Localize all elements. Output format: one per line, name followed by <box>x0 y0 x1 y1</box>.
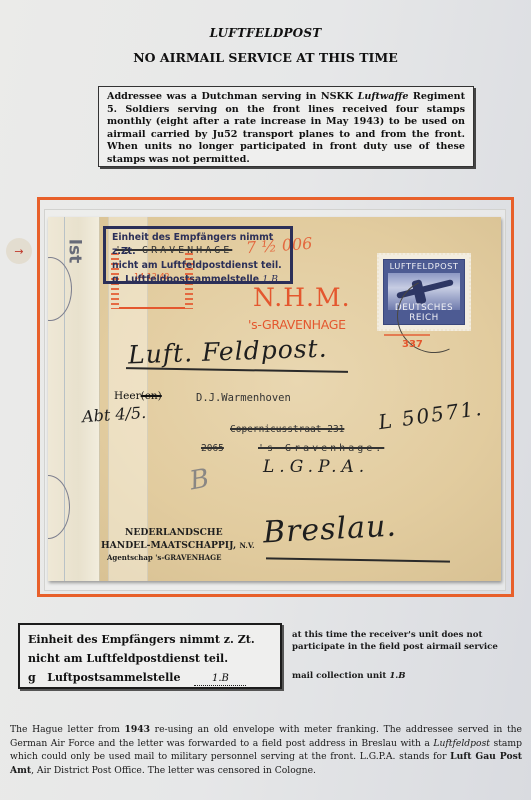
handwritten-luftfeldpost: Luft. Feldpost. <box>128 334 328 370</box>
sender-mark: N.H.M. <box>253 283 351 312</box>
company-line: Agentschap 's-GRAVENHAGE <box>107 553 255 562</box>
description-text: The Hague letter from 1943 re-using an o… <box>10 723 522 777</box>
stamp-top-text: LUFTFELDPOST <box>384 261 464 271</box>
city-struck: 's-Gravenhage. <box>258 443 384 454</box>
salutation-struck: (en) <box>141 390 162 402</box>
envelope: Ist 's-GRAVENHAGE 14 12 42 7 ½ 006 Einhe… <box>48 217 501 581</box>
salutation-text: Heer <box>114 390 141 402</box>
intro-text-box: Addressee was a Dutchman serving in NSKK… <box>98 86 474 167</box>
sender-company: NEDERLANDSCHE HANDEL-MAATSCHAPPIJ, N.V. … <box>101 527 255 562</box>
footer-year: 1943 <box>124 724 150 735</box>
censor-postmark <box>48 475 70 539</box>
caption-prefix: g <box>28 671 36 684</box>
postcode-struck: 2065 <box>201 443 224 454</box>
handstamp-prefix: g <box>112 274 119 285</box>
meter-dash <box>384 334 430 336</box>
translation-text: at this time the receiver's unit does no… <box>292 629 517 653</box>
handwritten-breslau: Breslau. <box>262 509 398 551</box>
arrow-right-icon: → <box>6 238 32 264</box>
footer-italic: Luftfeldpost <box>433 738 490 749</box>
street-struck: Copernicusstraat 231 <box>230 424 344 435</box>
censor-mark: Ist <box>64 239 84 264</box>
page-subtitle: NO AIRMAIL SERVICE AT THIS TIME <box>0 50 531 65</box>
handstamp-line: Einheit des Empfängers nimmt z.Zt. <box>112 231 290 259</box>
company-line: NEDERLANDSCHE <box>125 527 255 538</box>
translation-unit: 1.B <box>389 671 405 681</box>
intro-italic: Luftwaffe <box>358 91 409 102</box>
intro-text-continued: Regiment 5. Soldiers serving on the fron… <box>107 91 465 165</box>
handstamp-caption-box: Einheit des Empfängers nimmt z. Zt. nich… <box>18 623 282 689</box>
handstamp: Einheit des Empfängers nimmt z.Zt. nicht… <box>103 226 293 284</box>
handstamp-text: Luftfeldpostsammelstelle <box>125 274 259 285</box>
caption-line: nicht am Luftfeldpostdienst teil. <box>28 649 280 668</box>
handwritten-fieldpost-number: L 50571. <box>377 396 485 434</box>
censor-postmark <box>48 257 72 321</box>
footer-text: , Air District Post Office. The letter w… <box>31 765 316 776</box>
meter-border <box>119 307 185 309</box>
handwritten-underline <box>126 367 348 372</box>
handwritten-lgpa: L.G.P.A. <box>263 457 369 477</box>
caption-line: Einheit des Empfängers nimmt z. Zt. <box>28 630 280 649</box>
salutation: Heer(en) <box>114 390 162 402</box>
footer-text: The Hague letter from <box>10 724 124 735</box>
censor-tape: Ist <box>48 217 100 581</box>
translation-prefix: mail collection unit <box>292 671 389 681</box>
caption-unit: 1.B <box>194 673 246 686</box>
company-suffix: N.V. <box>239 541 254 550</box>
handwritten-underline <box>266 557 450 562</box>
caption-line: g Luftpostsammelstelle1.B <box>28 668 280 687</box>
pencil-mark: B <box>188 464 212 497</box>
marker-glyph: → <box>14 245 23 258</box>
translation-text: mail collection unit 1.B <box>292 670 406 682</box>
handstamp-line: nicht am Luftfeldpostdienst teil. <box>112 259 290 273</box>
intro-text: Addressee was a Dutchman serving in NSKK <box>107 91 358 102</box>
page-title: LUFTFELDPOST <box>0 26 531 40</box>
company-name: HANDEL-MAATSCHAPPIJ, <box>101 540 236 551</box>
caption-text: Luftpostsammelstelle <box>47 671 180 684</box>
company-line: HANDEL-MAATSCHAPPIJ, N.V. <box>101 540 255 551</box>
meter-number: 337 <box>402 339 423 350</box>
handstamp-line: g Luftfeldpostsammelstelle 1.B <box>112 273 290 287</box>
recipient-name: D.J.Warmenhoven <box>196 392 291 404</box>
sender-city: 's-GRAVENHAGE <box>248 317 346 332</box>
handstamp-unit: 1.B <box>262 274 278 285</box>
